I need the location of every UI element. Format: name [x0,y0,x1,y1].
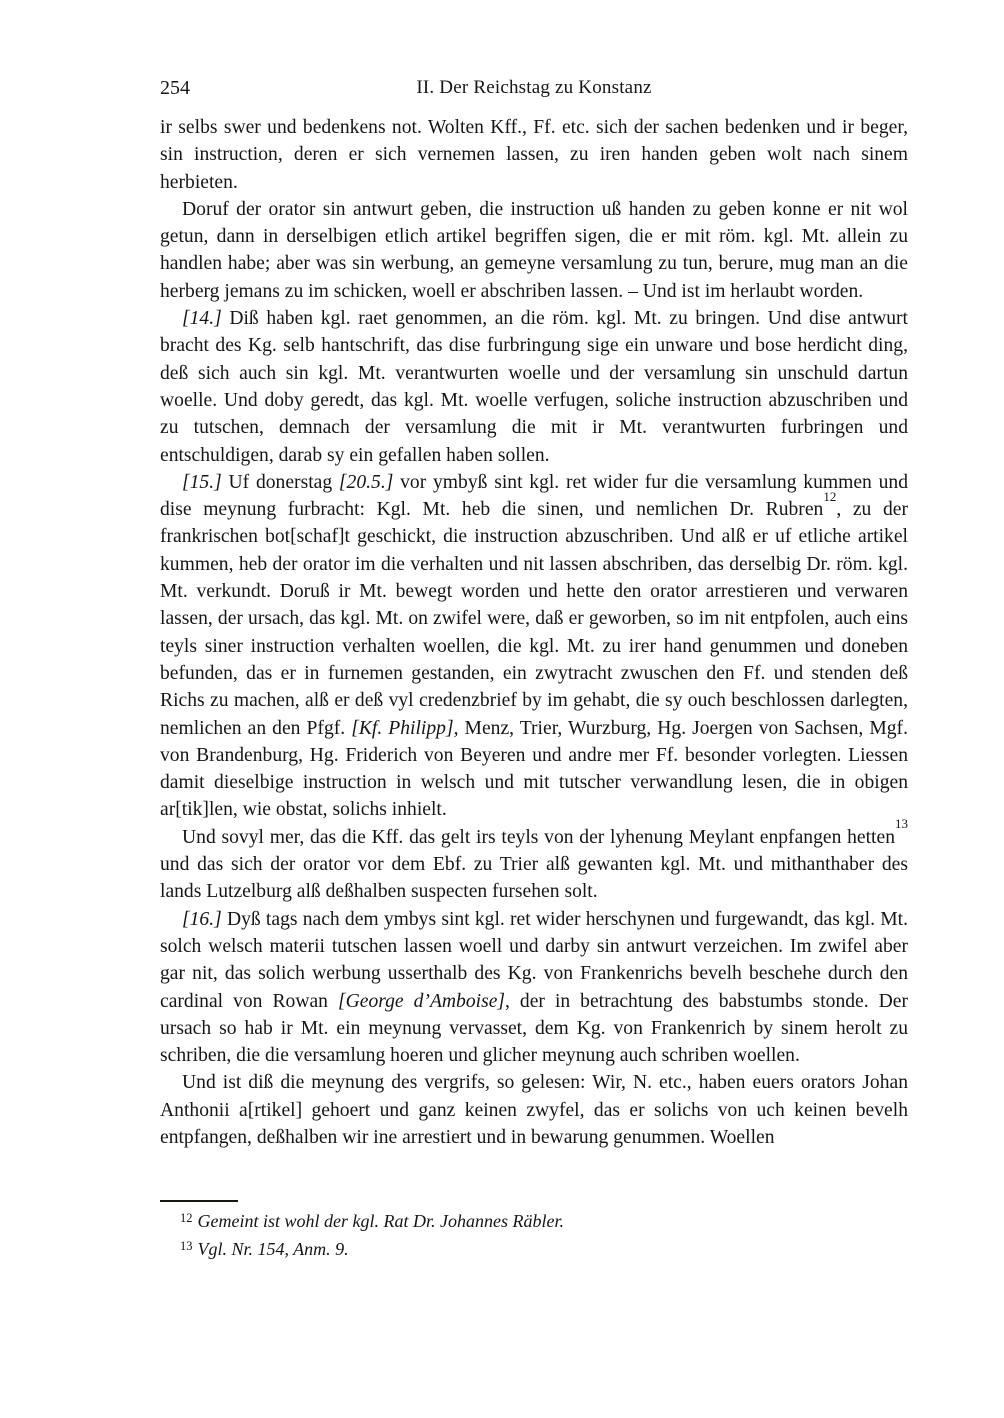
text-segment: Doruf der orator sin antwurt geben, die … [160,199,908,302]
text-segment: Diß haben kgl. raet genommen, an die röm… [160,308,908,465]
text-segment: ir selbs swer und bedenkens not. Wolten … [160,117,908,193]
main-text: ir selbs swer und bedenkens not. Wolten … [160,114,908,1151]
page-number: 254 [160,77,190,100]
paragraph: [14.] Diß haben kgl. raet genommen, an d… [160,305,908,469]
paragraph: Doruf der orator sin antwurt geben, die … [160,196,908,305]
paragraph: Und ist diß die meynung des vergrifs, so… [160,1069,908,1151]
footnote-separator [160,1200,238,1202]
text-segment: [George d’Amboise] [338,991,505,1012]
text-segment: [Kf. Philipp] [351,718,453,739]
footnote-list: 12Gemeint ist wohl der kgl. Rat Dr. Joha… [160,1209,908,1264]
footnote-ref: 12 [823,489,836,504]
text-segment: [16.] [182,909,222,930]
text-segment: Und ist diß die meynung des vergrifs, so… [160,1072,908,1148]
text-segment: [14.] [182,308,222,329]
paragraph: Und sovyl mer, das die Kff. das gelt irs… [160,824,908,906]
footnote-text: Vgl. Nr. 154, Anm. 9. [198,1239,349,1259]
paragraph: [16.] Dyß tags nach dem ymbys sint kgl. … [160,906,908,1070]
footnote-text: Gemeint ist wohl der kgl. Rat Dr. Johann… [198,1211,564,1231]
text-segment: und das sich der orator vor dem Ebf. zu … [160,854,908,902]
footnote-marker: 13 [180,1239,193,1253]
text-segment: [20.5.] [339,472,393,493]
text-segment: , zu der frankrischen bot[schaf]t geschi… [160,499,908,738]
footnote-marker: 12 [180,1211,193,1225]
footnote-ref: 13 [895,816,908,831]
page-header: 254 II. Der Reichstag zu Konstanz [160,77,908,103]
text-segment: Und sovyl mer, das die Kff. das gelt irs… [182,827,895,848]
book-page: 254 II. Der Reichstag zu Konstanz ir sel… [0,0,1004,1418]
text-segment: [15.] [182,472,222,493]
footnote: 13Vgl. Nr. 154, Anm. 9. [160,1237,908,1265]
footnote: 12Gemeint ist wohl der kgl. Rat Dr. Joha… [160,1209,908,1237]
text-segment: Uf donerstag [222,472,339,493]
paragraph: ir selbs swer und bedenkens not. Wolten … [160,114,908,196]
running-title: II. Der Reichstag zu Konstanz [160,77,908,99]
paragraph: [15.] Uf donerstag [20.5.] vor ymbyß sin… [160,469,908,824]
footnotes-section: 12Gemeint ist wohl der kgl. Rat Dr. Joha… [160,1200,908,1264]
